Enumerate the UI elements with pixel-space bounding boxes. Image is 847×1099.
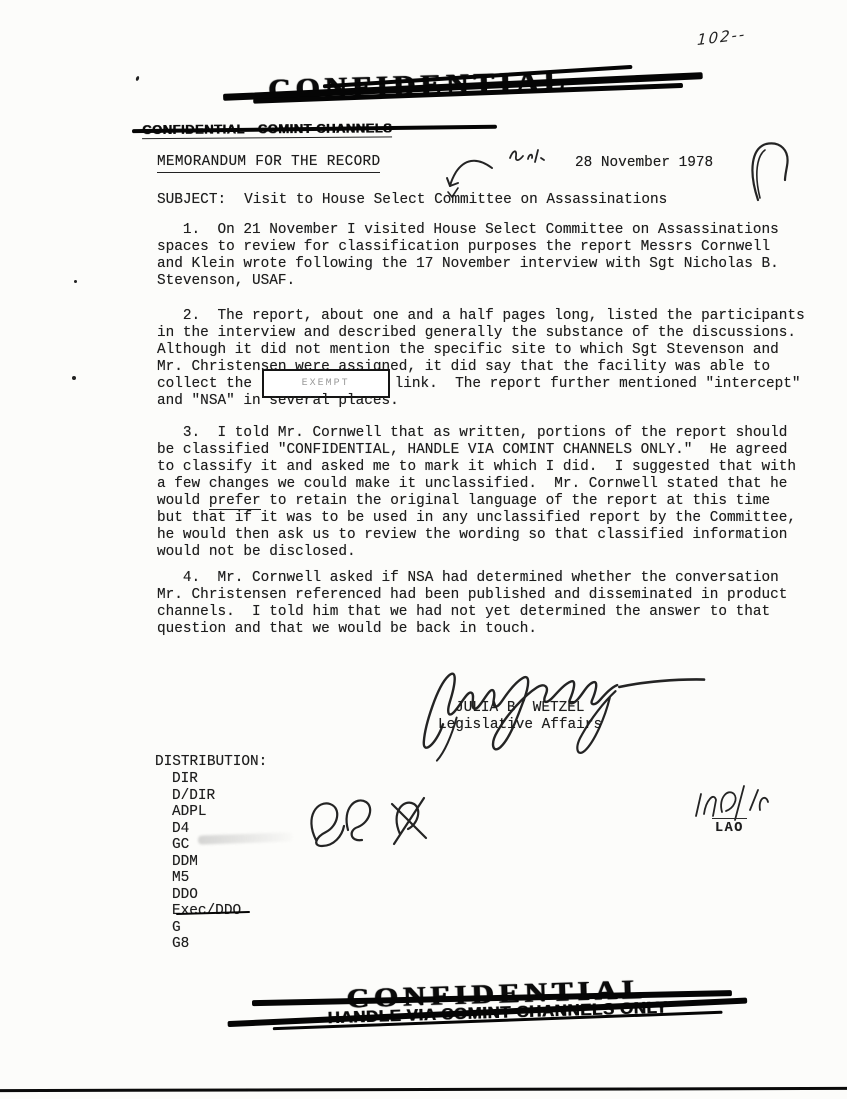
signer-name: JULIA B. WETZEL [438,700,602,717]
underlined-word-prefer: prefer [209,493,261,510]
distribution-item: DDM [172,854,267,871]
lao-label: LAO [712,818,747,836]
page-edge-line [0,1087,847,1092]
comint-channels-stamp: CONFIDENTIAL - COMINT CHANNELS [142,119,477,141]
subject-line: SUBJECT:Visit to House Select Committee … [157,192,667,209]
paragraph-3: 3. I told Mr. Cornwell that as written, … [157,425,822,561]
distribution-item: DIR [172,771,267,788]
erased-text-smudge [198,832,293,844]
paragraph-4: 4. Mr. Cornwell asked if NSA had determi… [157,570,822,638]
distribution-label: DISTRIBUTION: [155,754,267,771]
paragraph-2: 2. The report, about one and a half page… [157,308,822,410]
scan-speck [74,280,77,283]
scanned-memo-page: 102-- CONFIDENTIAL CONFIDENTIAL - COMINT… [0,0,847,1099]
scan-speck [135,76,140,82]
distribution-item: D/DIR [172,788,267,805]
paragraph-1: 1. On 21 November I visited House Select… [157,222,822,290]
memo-title: MEMORANDUM FOR THE RECORD [157,154,380,173]
top-classification-stamp: CONFIDENTIAL [267,61,658,120]
distribution-item: ADPL [172,804,267,821]
distribution-list: DISTRIBUTION: DIR D/DIR ADPL D4 GC DDM M… [155,754,267,953]
handwritten-bracket-mark [744,136,800,208]
distribution-item: G [172,920,267,937]
handwritten-page-number: 102-- [697,25,747,49]
scan-speck [72,376,76,380]
distribution-item: DDO [172,887,267,904]
signer-title: Legislative Affairs [438,717,602,734]
subject-label: SUBJECT: [157,192,226,208]
handwritten-initials-scribble [282,792,447,860]
bottom-classification-stamp: CONFIDENTIAL HANDLE VIA COMINT CHANNELS … [291,970,702,1030]
memo-date: 28 November 1978 [575,155,713,172]
distribution-item: M5 [172,870,267,887]
subject-text: Visit to House Select Committee on Assas… [244,192,667,208]
distribution-item: G8 [172,936,267,953]
signature-block: JULIA B. WETZEL Legislative Affairs [438,700,602,734]
